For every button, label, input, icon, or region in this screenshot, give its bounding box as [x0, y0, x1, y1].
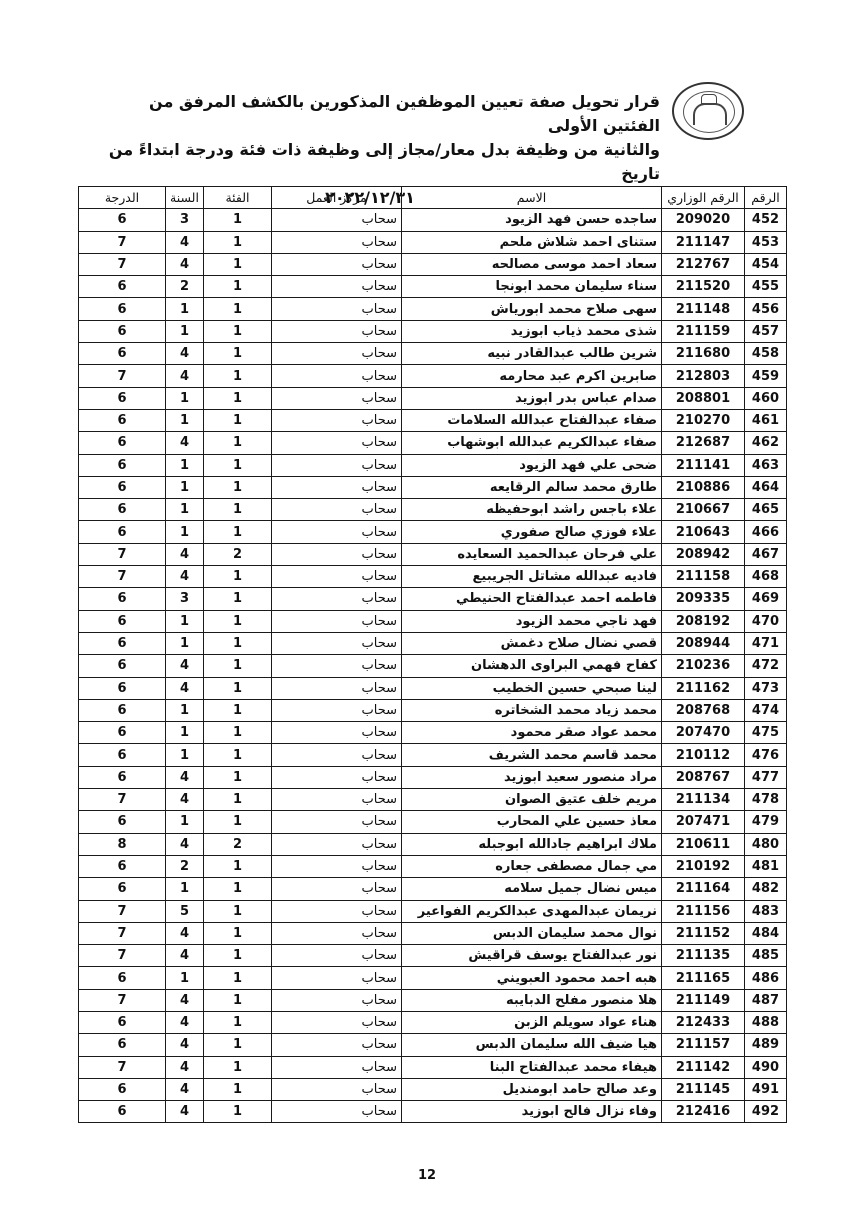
cell-ministry-id: 211156 [662, 900, 745, 922]
cell-row-number: 477 [745, 766, 787, 788]
cell-work-center: سحاب [272, 409, 402, 431]
cell-year: 4 [166, 566, 204, 588]
cell-grade: 7 [79, 1056, 166, 1078]
cell-ministry-id: 209335 [662, 588, 745, 610]
cell-ministry-id: 211149 [662, 989, 745, 1011]
cell-work-center: سحاب [272, 499, 402, 521]
cell-category: 1 [204, 209, 272, 231]
table-row: 468211158فاديه عبدالله مشاتل الجريبيعسحا… [79, 566, 787, 588]
cell-row-number: 479 [745, 811, 787, 833]
table-row: 481210192مي جمال مصطفى جعارهسحاب126 [79, 855, 787, 877]
cell-year: 2 [166, 276, 204, 298]
cell-row-number: 490 [745, 1056, 787, 1078]
cell-row-number: 476 [745, 744, 787, 766]
cell-ministry-id: 208801 [662, 387, 745, 409]
cell-category: 1 [204, 343, 272, 365]
cell-row-number: 486 [745, 967, 787, 989]
cell-category: 1 [204, 231, 272, 253]
col-header-name: الاسم [402, 187, 662, 209]
cell-ministry-id: 211141 [662, 454, 745, 476]
cell-work-center: سحاب [272, 922, 402, 944]
table-row: 473211162لينا صبحي حسين الخطيبسحاب146 [79, 677, 787, 699]
table-row: 457211159شذى محمد ذياب ابوزيدسحاب116 [79, 320, 787, 342]
cell-work-center: سحاب [272, 387, 402, 409]
table-row: 456211148سهى صلاح محمد ابورياشسحاب116 [79, 298, 787, 320]
cell-ministry-id: 208944 [662, 632, 745, 654]
cell-ministry-id: 212803 [662, 365, 745, 387]
table-row: 479207471معاذ حسين علي المحاربسحاب116 [79, 811, 787, 833]
table-row: 476210112محمد قاسم محمد الشريفسحاب116 [79, 744, 787, 766]
cell-year: 4 [166, 945, 204, 967]
cell-year: 4 [166, 1011, 204, 1033]
table-header-row: الرقم الرقم الوزاري الاسم مركز العمل الف… [79, 187, 787, 209]
cell-row-number: 485 [745, 945, 787, 967]
cell-employee-name: ستناى احمد شلاش ملحم [402, 231, 662, 253]
cell-row-number: 484 [745, 922, 787, 944]
page-number: 12 [418, 1168, 436, 1183]
cell-year: 1 [166, 387, 204, 409]
cell-row-number: 489 [745, 1034, 787, 1056]
cell-category: 1 [204, 566, 272, 588]
cell-work-center: سحاب [272, 343, 402, 365]
cell-category: 1 [204, 789, 272, 811]
cell-employee-name: صابرين اكرم عبد محارمه [402, 365, 662, 387]
cell-ministry-id: 211135 [662, 945, 745, 967]
cell-work-center: سحاب [272, 231, 402, 253]
cell-ministry-id: 210192 [662, 855, 745, 877]
cell-ministry-id: 211148 [662, 298, 745, 320]
cell-year: 1 [166, 454, 204, 476]
table-row: 487211149هلا منصور مفلح الدبايبهسحاب147 [79, 989, 787, 1011]
cell-work-center: سحاب [272, 521, 402, 543]
table-row: 482211164ميس نضال جميل سلامهسحاب116 [79, 878, 787, 900]
cell-employee-name: نوال محمد سليمان الدبس [402, 922, 662, 944]
cell-ministry-id: 212416 [662, 1101, 745, 1123]
cell-year: 4 [166, 543, 204, 565]
cell-category: 1 [204, 610, 272, 632]
cell-work-center: سحاب [272, 253, 402, 275]
cell-year: 1 [166, 409, 204, 431]
cell-grade: 7 [79, 922, 166, 944]
cell-year: 4 [166, 677, 204, 699]
cell-row-number: 478 [745, 789, 787, 811]
cell-year: 1 [166, 878, 204, 900]
cell-grade: 6 [79, 1101, 166, 1123]
cell-work-center: سحاب [272, 699, 402, 721]
cell-employee-name: سهى صلاح محمد ابورياش [402, 298, 662, 320]
table-row: 464210886طارق محمد سالم الرقايعهسحاب116 [79, 476, 787, 498]
cell-work-center: سحاب [272, 677, 402, 699]
cell-work-center: سحاب [272, 365, 402, 387]
title-line-2: والثانية من وظيفة بدل معار/مجاز إلى وظيف… [100, 138, 660, 186]
table-body: 452209020ساجده حسن فهد الزيودسحاب1364532… [79, 209, 787, 1123]
cell-grade: 6 [79, 476, 166, 498]
cell-grade: 6 [79, 967, 166, 989]
cell-category: 1 [204, 989, 272, 1011]
cell-employee-name: مي جمال مصطفى جعاره [402, 855, 662, 877]
cell-grade: 6 [79, 699, 166, 721]
cell-category: 1 [204, 632, 272, 654]
cell-year: 4 [166, 432, 204, 454]
cell-category: 1 [204, 320, 272, 342]
cell-employee-name: علي فرحان عبدالحميد السعايده [402, 543, 662, 565]
cell-grade: 6 [79, 454, 166, 476]
title-line-1: قرار تحويل صفة تعيين الموظفين المذكورين … [100, 90, 660, 138]
cell-category: 1 [204, 677, 272, 699]
cell-grade: 6 [79, 677, 166, 699]
cell-ministry-id: 211134 [662, 789, 745, 811]
cell-work-center: سحاب [272, 855, 402, 877]
cell-ministry-id: 211680 [662, 343, 745, 365]
cell-category: 1 [204, 766, 272, 788]
table-row: 490211142هيفاء محمد عبدالفتاح البناسحاب1… [79, 1056, 787, 1078]
cell-category: 2 [204, 833, 272, 855]
cell-work-center: سحاب [272, 1056, 402, 1078]
cell-work-center: سحاب [272, 298, 402, 320]
cell-grade: 7 [79, 253, 166, 275]
cell-year: 4 [166, 655, 204, 677]
cell-employee-name: محمد زياد محمد الشخاتره [402, 699, 662, 721]
table-row: 465210667علاء باجس راشد ابوحفيظهسحاب116 [79, 499, 787, 521]
cell-year: 3 [166, 209, 204, 231]
cell-grade: 7 [79, 900, 166, 922]
cell-grade: 6 [79, 744, 166, 766]
table-row: 478211134مريم خلف عتيق الصوانسحاب147 [79, 789, 787, 811]
cell-grade: 6 [79, 655, 166, 677]
cell-work-center: سحاب [272, 655, 402, 677]
cell-category: 1 [204, 298, 272, 320]
cell-employee-name: سعاد احمد موسى مصالحه [402, 253, 662, 275]
cell-category: 1 [204, 855, 272, 877]
cell-work-center: سحاب [272, 1034, 402, 1056]
cell-row-number: 465 [745, 499, 787, 521]
cell-work-center: سحاب [272, 1101, 402, 1123]
cell-ministry-id: 211165 [662, 967, 745, 989]
cell-year: 1 [166, 298, 204, 320]
table-row: 460208801صدام عباس بدر ابوزيدسحاب116 [79, 387, 787, 409]
cell-category: 1 [204, 276, 272, 298]
cell-category: 1 [204, 1101, 272, 1123]
table-row: 467208942علي فرحان عبدالحميد السعايدهسحا… [79, 543, 787, 565]
cell-work-center: سحاب [272, 744, 402, 766]
cell-work-center: سحاب [272, 989, 402, 1011]
cell-row-number: 480 [745, 833, 787, 855]
cell-employee-name: هيفاء محمد عبدالفتاح البنا [402, 1056, 662, 1078]
cell-grade: 6 [79, 722, 166, 744]
cell-year: 1 [166, 699, 204, 721]
table-row: 472210236كفاح فهمي البراوى الدهشانسحاب14… [79, 655, 787, 677]
cell-category: 1 [204, 476, 272, 498]
cell-grade: 6 [79, 878, 166, 900]
cell-ministry-id: 210112 [662, 744, 745, 766]
cell-employee-name: ضحى علي فهد الزيود [402, 454, 662, 476]
cell-row-number: 492 [745, 1101, 787, 1123]
cell-year: 1 [166, 610, 204, 632]
cell-year: 4 [166, 1056, 204, 1078]
cell-work-center: سحاب [272, 722, 402, 744]
col-header-number: الرقم [745, 187, 787, 209]
cell-ministry-id: 207471 [662, 811, 745, 833]
cell-row-number: 452 [745, 209, 787, 231]
table-row: 469209335فاطمه احمد عبدالفتاح الحنيطيسحا… [79, 588, 787, 610]
cell-ministry-id: 208942 [662, 543, 745, 565]
cell-employee-name: لينا صبحي حسين الخطيب [402, 677, 662, 699]
cell-category: 1 [204, 722, 272, 744]
cell-row-number: 454 [745, 253, 787, 275]
cell-year: 1 [166, 967, 204, 989]
cell-year: 1 [166, 476, 204, 498]
cell-category: 1 [204, 744, 272, 766]
cell-grade: 7 [79, 566, 166, 588]
cell-year: 4 [166, 1078, 204, 1100]
cell-year: 1 [166, 722, 204, 744]
cell-row-number: 461 [745, 409, 787, 431]
table-row: 491211145وعد صالح حامد ابومنديلسحاب146 [79, 1078, 787, 1100]
cell-work-center: سحاب [272, 1011, 402, 1033]
cell-year: 4 [166, 231, 204, 253]
cell-year: 3 [166, 588, 204, 610]
cell-category: 1 [204, 922, 272, 944]
cell-row-number: 470 [745, 610, 787, 632]
cell-employee-name: سناء سليمان محمد ابونجا [402, 276, 662, 298]
table-row: 459212803صابرين اكرم عبد محارمهسحاب147 [79, 365, 787, 387]
cell-row-number: 474 [745, 699, 787, 721]
cell-category: 1 [204, 967, 272, 989]
cell-work-center: سحاب [272, 878, 402, 900]
employees-table: الرقم الرقم الوزاري الاسم مركز العمل الف… [78, 186, 787, 1123]
cell-employee-name: مراد منصور سعيد ابوزيد [402, 766, 662, 788]
cell-grade: 6 [79, 387, 166, 409]
cell-grade: 6 [79, 209, 166, 231]
table-row: 462212687صفاء عبدالكريم عبدالله ابوشهابس… [79, 432, 787, 454]
cell-ministry-id: 211162 [662, 677, 745, 699]
cell-row-number: 488 [745, 1011, 787, 1033]
cell-ministry-id: 212767 [662, 253, 745, 275]
cell-row-number: 483 [745, 900, 787, 922]
cell-category: 1 [204, 945, 272, 967]
table-row: 489211157هيا ضيف الله سليمان الدبسسحاب14… [79, 1034, 787, 1056]
cell-category: 1 [204, 1056, 272, 1078]
cell-category: 1 [204, 409, 272, 431]
cell-employee-name: هناء عواد سويلم الزبن [402, 1011, 662, 1033]
ministry-seal-icon [672, 82, 744, 140]
cell-year: 4 [166, 1034, 204, 1056]
cell-category: 1 [204, 521, 272, 543]
cell-ministry-id: 208767 [662, 766, 745, 788]
col-header-category: الفئة [204, 187, 272, 209]
cell-grade: 6 [79, 409, 166, 431]
cell-work-center: سحاب [272, 967, 402, 989]
cell-employee-name: صفاء عبدالكريم عبدالله ابوشهاب [402, 432, 662, 454]
cell-category: 1 [204, 878, 272, 900]
cell-work-center: سحاب [272, 566, 402, 588]
cell-category: 1 [204, 499, 272, 521]
cell-grade: 6 [79, 766, 166, 788]
cell-year: 4 [166, 789, 204, 811]
cell-year: 1 [166, 811, 204, 833]
cell-employee-name: هلا منصور مفلح الدبايبه [402, 989, 662, 1011]
cell-ministry-id: 208192 [662, 610, 745, 632]
table-row: 480210611ملاك ابراهيم جادالله ابوجبلهسحا… [79, 833, 787, 855]
table-row: 488212433هناء عواد سويلم الزبنسحاب146 [79, 1011, 787, 1033]
table-row: 463211141ضحى علي فهد الزيودسحاب116 [79, 454, 787, 476]
cell-ministry-id: 210667 [662, 499, 745, 521]
cell-row-number: 453 [745, 231, 787, 253]
cell-row-number: 475 [745, 722, 787, 744]
cell-grade: 7 [79, 989, 166, 1011]
cell-grade: 7 [79, 231, 166, 253]
cell-grade: 6 [79, 1034, 166, 1056]
cell-ministry-id: 210611 [662, 833, 745, 855]
cell-employee-name: وعد صالح حامد ابومنديل [402, 1078, 662, 1100]
cell-year: 1 [166, 521, 204, 543]
cell-employee-name: ميس نضال جميل سلامه [402, 878, 662, 900]
cell-work-center: سحاب [272, 833, 402, 855]
cell-category: 1 [204, 699, 272, 721]
cell-employee-name: صفاء عبدالفتاح عبدالله السلامات [402, 409, 662, 431]
cell-employee-name: معاذ حسين علي المحارب [402, 811, 662, 833]
cell-row-number: 456 [745, 298, 787, 320]
cell-ministry-id: 208768 [662, 699, 745, 721]
cell-work-center: سحاب [272, 610, 402, 632]
cell-work-center: سحاب [272, 454, 402, 476]
cell-grade: 6 [79, 432, 166, 454]
cell-row-number: 458 [745, 343, 787, 365]
table-row: 471208944قصي نضال صلاح دغمشسحاب116 [79, 632, 787, 654]
cell-category: 1 [204, 1011, 272, 1033]
cell-employee-name: كفاح فهمي البراوى الدهشان [402, 655, 662, 677]
cell-ministry-id: 210236 [662, 655, 745, 677]
table-row: 492212416وفاء نزال فالح ابوزيدسحاب146 [79, 1101, 787, 1123]
cell-work-center: سحاب [272, 276, 402, 298]
cell-year: 4 [166, 365, 204, 387]
cell-row-number: 467 [745, 543, 787, 565]
table-row: 484211152نوال محمد سليمان الدبسسحاب147 [79, 922, 787, 944]
cell-row-number: 455 [745, 276, 787, 298]
table-row: 485211135نور عبدالفتاح يوسف قراقيشسحاب14… [79, 945, 787, 967]
cell-work-center: سحاب [272, 320, 402, 342]
cell-row-number: 462 [745, 432, 787, 454]
cell-grade: 7 [79, 945, 166, 967]
cell-employee-name: هيا ضيف الله سليمان الدبس [402, 1034, 662, 1056]
cell-work-center: سحاب [272, 432, 402, 454]
cell-year: 1 [166, 744, 204, 766]
cell-ministry-id: 207470 [662, 722, 745, 744]
cell-ministry-id: 210886 [662, 476, 745, 498]
cell-ministry-id: 209020 [662, 209, 745, 231]
cell-work-center: سحاب [272, 789, 402, 811]
cell-work-center: سحاب [272, 543, 402, 565]
cell-row-number: 472 [745, 655, 787, 677]
table-row: 470208192فهد ناجي محمد الزيودسحاب116 [79, 610, 787, 632]
cell-ministry-id: 211158 [662, 566, 745, 588]
cell-grade: 7 [79, 789, 166, 811]
cell-work-center: سحاب [272, 945, 402, 967]
cell-ministry-id: 212433 [662, 1011, 745, 1033]
table-row: 477208767مراد منصور سعيد ابوزيدسحاب146 [79, 766, 787, 788]
cell-employee-name: مريم خلف عتيق الصوان [402, 789, 662, 811]
cell-employee-name: شرين طالب عبدالقادر نبيه [402, 343, 662, 365]
cell-grade: 6 [79, 588, 166, 610]
cell-category: 1 [204, 1078, 272, 1100]
cell-category: 1 [204, 900, 272, 922]
cell-year: 4 [166, 989, 204, 1011]
cell-row-number: 463 [745, 454, 787, 476]
cell-row-number: 466 [745, 521, 787, 543]
cell-grade: 6 [79, 298, 166, 320]
cell-row-number: 487 [745, 989, 787, 1011]
cell-grade: 8 [79, 833, 166, 855]
cell-row-number: 481 [745, 855, 787, 877]
cell-ministry-id: 210270 [662, 409, 745, 431]
table-row: 454212767سعاد احمد موسى مصالحهسحاب147 [79, 253, 787, 275]
table-row: 455211520سناء سليمان محمد ابونجاسحاب126 [79, 276, 787, 298]
cell-row-number: 460 [745, 387, 787, 409]
cell-grade: 6 [79, 1078, 166, 1100]
cell-category: 2 [204, 543, 272, 565]
cell-row-number: 482 [745, 878, 787, 900]
cell-year: 2 [166, 855, 204, 877]
cell-grade: 6 [79, 811, 166, 833]
cell-employee-name: فاديه عبدالله مشاتل الجريبيع [402, 566, 662, 588]
cell-work-center: سحاب [272, 632, 402, 654]
cell-employee-name: ملاك ابراهيم جادالله ابوجبله [402, 833, 662, 855]
cell-grade: 6 [79, 1011, 166, 1033]
cell-category: 1 [204, 253, 272, 275]
cell-work-center: سحاب [272, 476, 402, 498]
cell-grade: 6 [79, 610, 166, 632]
cell-employee-name: ساجده حسن فهد الزيود [402, 209, 662, 231]
table-row: 486211165هبه احمد محمود العبوينيسحاب116 [79, 967, 787, 989]
table-row: 474208768محمد زياد محمد الشخاترهسحاب116 [79, 699, 787, 721]
cell-year: 1 [166, 320, 204, 342]
cell-year: 4 [166, 833, 204, 855]
cell-employee-name: علاء فوزي صالح صفوري [402, 521, 662, 543]
col-header-grade: الدرجة [79, 187, 166, 209]
cell-work-center: سحاب [272, 811, 402, 833]
cell-employee-name: صدام عباس بدر ابوزيد [402, 387, 662, 409]
cell-year: 5 [166, 900, 204, 922]
cell-ministry-id: 211164 [662, 878, 745, 900]
cell-row-number: 469 [745, 588, 787, 610]
cell-year: 4 [166, 343, 204, 365]
cell-employee-name: هبه احمد محمود العبويني [402, 967, 662, 989]
table-row: 461210270صفاء عبدالفتاح عبدالله السلامات… [79, 409, 787, 431]
cell-work-center: سحاب [272, 766, 402, 788]
cell-category: 1 [204, 454, 272, 476]
cell-category: 1 [204, 1034, 272, 1056]
cell-ministry-id: 211145 [662, 1078, 745, 1100]
cell-work-center: سحاب [272, 900, 402, 922]
table-row: 452209020ساجده حسن فهد الزيودسحاب136 [79, 209, 787, 231]
cell-year: 1 [166, 499, 204, 521]
cell-year: 4 [166, 253, 204, 275]
arch-emblem-icon [693, 103, 727, 125]
cell-row-number: 457 [745, 320, 787, 342]
cell-employee-name: قصي نضال صلاح دغمش [402, 632, 662, 654]
cell-ministry-id: 211159 [662, 320, 745, 342]
cell-row-number: 464 [745, 476, 787, 498]
cell-row-number: 471 [745, 632, 787, 654]
cell-ministry-id: 211520 [662, 276, 745, 298]
cell-grade: 6 [79, 320, 166, 342]
cell-employee-name: نريمان عبدالمهدى عبدالكريم الفواعير [402, 900, 662, 922]
table-row: 453211147ستناى احمد شلاش ملحمسحاب147 [79, 231, 787, 253]
cell-year: 4 [166, 766, 204, 788]
cell-ministry-id: 211152 [662, 922, 745, 944]
cell-employee-name: شذى محمد ذياب ابوزيد [402, 320, 662, 342]
table-row: 475207470محمد عواد صقر محمودسحاب116 [79, 722, 787, 744]
